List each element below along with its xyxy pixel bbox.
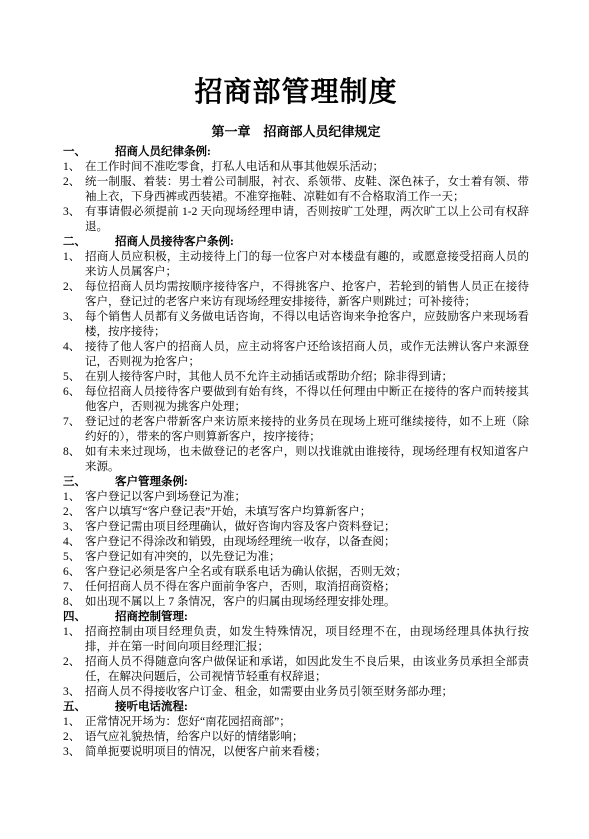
list-item: 2、统一制服、着装：男士着公司制服，衬衣、系领带、皮鞋、深色袜子，女士着有领、带… xyxy=(63,175,529,205)
item-text: 正常情况开场为：您好“南花园招商部”； xyxy=(85,715,529,730)
document-body: 一、招商人员纪律条例:1、在工作时间不准吃零食，打私人电话和从事其他娱乐活动；2… xyxy=(63,145,529,760)
item-number: 8、 xyxy=(63,445,85,475)
item-number: 3、 xyxy=(63,310,85,340)
item-text: 客户登记必须是客户全名或有联系电话为确认依据，否则无效； xyxy=(85,565,529,580)
item-text: 招商控制由项目经理负责，如发生特殊情况，项目经理不在，由现场经理具体执行按排，并… xyxy=(85,625,529,655)
item-number: 2、 xyxy=(63,280,85,310)
list-item: 1、在工作时间不准吃零食，打私人电话和从事其他娱乐活动； xyxy=(63,160,529,175)
section-heading: 一、招商人员纪律条例: xyxy=(63,145,529,160)
list-item: 1、招商控制由项目经理负责，如发生特殊情况，项目经理不在，由现场经理具体执行按排… xyxy=(63,625,529,655)
section-heading: 三、客户管理条例: xyxy=(63,475,529,490)
item-number: 2、 xyxy=(63,730,85,745)
item-text: 登记过的老客户带新客户来访原来接持的业务员在现场上班可继续接待，如不上班（除约好… xyxy=(85,415,529,445)
section-heading: 四、招商控制管理: xyxy=(63,610,529,625)
item-number: 6、 xyxy=(63,565,85,580)
item-number: 3、 xyxy=(63,205,85,235)
item-text: 招商人员不得接收客户订金、租金，如需要由业务员引领至财务部办理； xyxy=(85,685,529,700)
item-number: 5、 xyxy=(63,370,85,385)
item-number: 7、 xyxy=(63,415,85,445)
item-text: 如有未来过现场，也未做登记的老客户，则以找谁就由谁接待，现场经理有权知道客户来源… xyxy=(85,445,529,475)
item-number: 2、 xyxy=(63,175,85,205)
item-number: 1、 xyxy=(63,490,85,505)
list-item: 4、接待了他人客户的招商人员，应主动将客户还给该招商人员，或作无法辨认客户来源登… xyxy=(63,340,529,370)
section-title: 客户管理条例: xyxy=(115,475,529,490)
section-number: 二、 xyxy=(63,235,115,250)
item-number: 7、 xyxy=(63,580,85,595)
item-text: 如出现不属以上 7 条情况，客户的归属由现场经理安排处理。 xyxy=(85,595,529,610)
section-number: 一、 xyxy=(63,145,115,160)
list-item: 1、客户登记以客户到场登记为准； xyxy=(63,490,529,505)
item-number: 8、 xyxy=(63,595,85,610)
document-title: 招商部管理制度 xyxy=(63,76,529,110)
item-number: 3、 xyxy=(63,520,85,535)
item-number: 3、 xyxy=(63,745,85,760)
list-item: 2、招商人员不得随意向客户做保证和承诺，如因此发生不良后果，由该业务员承担全部责… xyxy=(63,655,529,685)
item-text: 客户登记需由项目经理确认，做好咨询内容及客户资料登记； xyxy=(85,520,529,535)
list-item: 3、简单扼要说明项目的情况，以便客户前来看楼； xyxy=(63,745,529,760)
item-text: 每位招商人员接待客户要做到有始有终，不得以任何理由中断正在接待的客户而转接其他客… xyxy=(85,385,529,415)
item-text: 接待了他人客户的招商人员，应主动将客户还给该招商人员，或作无法辨认客户来源登记，… xyxy=(85,340,529,370)
item-number: 1、 xyxy=(63,715,85,730)
list-item: 8、如有未来过现场，也未做登记的老客户，则以找谁就由谁接待，现场经理有权知道客户… xyxy=(63,445,529,475)
list-item: 8、如出现不属以上 7 条情况，客户的归属由现场经理安排处理。 xyxy=(63,595,529,610)
item-text: 客户登记以客户到场登记为准； xyxy=(85,490,529,505)
item-number: 1、 xyxy=(63,625,85,655)
list-item: 2、客户以填写“客户登记表”开始，未填写客户均算新客户； xyxy=(63,505,529,520)
item-text: 每位招商人员均需按顺序接待客户，不得挑客户、抢客户，若轮到的销售人员正在接待客户… xyxy=(85,280,529,310)
list-item: 6、客户登记必须是客户全名或有联系电话为确认依据，否则无效； xyxy=(63,565,529,580)
item-text: 客户登记不得涂改和销毁，由现场经理统一收存，以备查阅； xyxy=(85,535,529,550)
item-text: 招商人员应积极，主动接待上门的每一位客户对本楼盘有趣的，或愿意接受招商人员的来访… xyxy=(85,250,529,280)
list-item: 7、任何招商人员不得在客户面前争客户，否则，取消招商资格； xyxy=(63,580,529,595)
item-number: 4、 xyxy=(63,340,85,370)
item-text: 语气应礼貌热情，给客户以好的情绪影响； xyxy=(85,730,529,745)
list-item: 3、客户登记需由项目经理确认，做好咨询内容及客户资料登记； xyxy=(63,520,529,535)
item-text: 客户登记如有冲突的，以先登记为准； xyxy=(85,550,529,565)
section-title: 招商人员接待客户条例: xyxy=(115,235,529,250)
item-number: 5、 xyxy=(63,550,85,565)
list-item: 5、在别人接待客户时，其他人员不允许主动插话或帮助介绍；除非得到请； xyxy=(63,370,529,385)
item-text: 每个销售人员都有义务做电话咨询，不得以电话咨询来争抢客户，应鼓励客户来现场看楼，… xyxy=(85,310,529,340)
list-item: 7、登记过的老客户带新客户来访原来接持的业务员在现场上班可继续接待，如不上班（除… xyxy=(63,415,529,445)
list-item: 2、每位招商人员均需按顺序接待客户，不得挑客户、抢客户，若轮到的销售人员正在接待… xyxy=(63,280,529,310)
item-text: 在工作时间不准吃零食，打私人电话和从事其他娱乐活动； xyxy=(85,160,529,175)
list-item: 1、正常情况开场为：您好“南花园招商部”； xyxy=(63,715,529,730)
section-number: 四、 xyxy=(63,610,115,625)
item-text: 统一制服、着装：男士着公司制服，衬衣、系领带、皮鞋、深色袜子，女士着有领、带袖上… xyxy=(85,175,529,205)
section-heading: 五、接听电话流程: xyxy=(63,700,529,715)
list-item: 2、语气应礼貌热情，给客户以好的情绪影响； xyxy=(63,730,529,745)
item-number: 1、 xyxy=(63,160,85,175)
item-number: 2、 xyxy=(63,655,85,685)
list-item: 1、招商人员应积极，主动接待上门的每一位客户对本楼盘有趣的，或愿意接受招商人员的… xyxy=(63,250,529,280)
list-item: 3、招商人员不得接收客户订金、租金，如需要由业务员引领至财务部办理； xyxy=(63,685,529,700)
list-item: 3、有事请假必须提前 1-2 天向现场经理申请，否则按旷工处理，两次旷工以上公司… xyxy=(63,205,529,235)
section-number: 五、 xyxy=(63,700,115,715)
section-title: 招商控制管理: xyxy=(115,610,529,625)
item-text: 在别人接待客户时，其他人员不允许主动插话或帮助介绍；除非得到请； xyxy=(85,370,529,385)
item-text: 任何招商人员不得在客户面前争客户，否则，取消招商资格； xyxy=(85,580,529,595)
list-item: 3、每个销售人员都有义务做电话咨询，不得以电话咨询来争抢客户，应鼓励客户来现场看… xyxy=(63,310,529,340)
item-number: 1、 xyxy=(63,250,85,280)
item-text: 客户以填写“客户登记表”开始，未填写客户均算新客户； xyxy=(85,505,529,520)
item-text: 有事请假必须提前 1-2 天向现场经理申请，否则按旷工处理，两次旷工以上公司有权… xyxy=(85,205,529,235)
list-item: 4、客户登记不得涂改和销毁，由现场经理统一收存，以备查阅； xyxy=(63,535,529,550)
list-item: 6、每位招商人员接待客户要做到有始有终，不得以任何理由中断正在接待的客户而转接其… xyxy=(63,385,529,415)
item-number: 2、 xyxy=(63,505,85,520)
item-number: 4、 xyxy=(63,535,85,550)
document-page: 招商部管理制度 第一章 招商部人员纪律规定 一、招商人员纪律条例:1、在工作时间… xyxy=(0,0,589,839)
chapter-title: 第一章 招商部人员纪律规定 xyxy=(63,124,529,140)
section-number: 三、 xyxy=(63,475,115,490)
item-number: 6、 xyxy=(63,385,85,415)
section-title: 招商人员纪律条例: xyxy=(115,145,529,160)
section-title: 接听电话流程: xyxy=(115,700,529,715)
list-item: 5、客户登记如有冲突的，以先登记为准； xyxy=(63,550,529,565)
item-text: 简单扼要说明项目的情况，以便客户前来看楼； xyxy=(85,745,529,760)
item-number: 3、 xyxy=(63,685,85,700)
item-text: 招商人员不得随意向客户做保证和承诺，如因此发生不良后果，由该业务员承担全部责任，… xyxy=(85,655,529,685)
section-heading: 二、招商人员接待客户条例: xyxy=(63,235,529,250)
